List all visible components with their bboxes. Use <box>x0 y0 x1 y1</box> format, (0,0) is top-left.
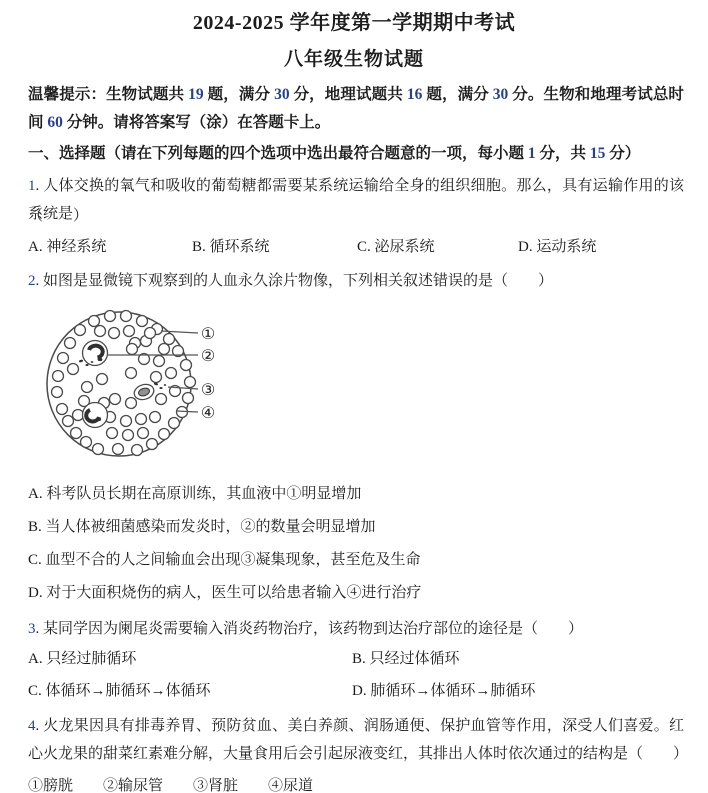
option-2a: A. 科考队员长期在高原训练，其血液中①明显增加 <box>28 484 688 517</box>
figure-label-1: ① <box>201 326 215 343</box>
page-subtitle: 八年级生物试题 <box>0 44 708 71</box>
figure-label-4: ④ <box>201 405 215 422</box>
page-title: 2024-2025 学年度第一学期期中考试 <box>0 6 708 35</box>
question-4-subitems: ①膀胱 ②输尿管 ③肾脏 ④尿道 <box>28 774 688 793</box>
question-1-stem: 1. 人体交换的氧气和吸收的葡萄糖都需要某系统运输给全身的组织细胞。那么，具有运… <box>28 172 684 228</box>
blood-smear-figure: ① ② ③ ④ <box>40 303 272 471</box>
exam-notice: 温馨提示：生物试题共 19 题，满分 30 分，地理试题共 16 题，满分 30… <box>28 81 684 137</box>
figure-label-3: ③ <box>201 382 215 399</box>
white-blood-cell-2 <box>83 403 108 428</box>
nucleated-cell <box>132 382 156 402</box>
microscope-field-illustration: ① ② ③ ④ <box>40 303 272 471</box>
question-2-options: A. 科考队员长期在高原训练，其血液中①明显增加 B. 当人体被细菌感染而发炎时… <box>28 484 688 616</box>
option-1b: B. 循环系统 <box>192 235 270 256</box>
question-2-stem: 2. 如图是显微镜下观察到的人血永久涂片物像，下列相关叙述错误的是（ ） <box>28 267 684 295</box>
figure-label-2: ② <box>201 348 215 365</box>
question-4-stem: 4. 火龙果因具有排毒养胃、预防贫血、美白养颜、润肠通便、保护血管等作用，深受人… <box>28 712 684 768</box>
option-1a: A. 神经系统 <box>28 235 106 256</box>
option-3a: A. 只经过肺循环 <box>28 647 136 668</box>
option-2b: B. 当人体被细菌感染而发炎时，②的数量会明显增加 <box>28 517 688 550</box>
section-heading: 一、选择题（请在下列每题的四个选项中选出最符合题意的一项，每小题 1 分，共 1… <box>28 141 684 163</box>
white-blood-cell-1 <box>83 341 108 366</box>
question-1-answer-bracket: （ ） <box>28 204 88 225</box>
option-3d: D. 肺循环→体循环→肺循环 <box>352 679 535 700</box>
option-2d: D. 对于大面积烧伤的病人，医生可以给患者输入④进行治疗 <box>28 583 688 616</box>
question-3-options-row-2: C. 体循环→肺循环→体循环 D. 肺循环→体循环→肺循环 <box>28 679 688 701</box>
question-3-options-row-1: A. 只经过肺循环 B. 只经过体循环 <box>28 647 688 669</box>
option-3c: C. 体循环→肺循环→体循环 <box>28 679 211 700</box>
option-3b: B. 只经过体循环 <box>352 647 460 668</box>
question-3-stem: 3. 某同学因为阑尾炎需要输入消炎药物治疗，该药物到达治疗部位的途径是（ ） <box>28 615 684 643</box>
option-2c: C. 血型不合的人之间输血会出现③凝集现象，甚至危及生命 <box>28 550 688 583</box>
exam-page: { "page": { "title": "2024-2025 学年度第一学期期… <box>0 0 708 793</box>
option-1d: D. 运动系统 <box>518 235 596 256</box>
option-1c: C. 泌尿系统 <box>357 235 435 256</box>
question-1-options: A. 神经系统 B. 循环系统 C. 泌尿系统 D. 运动系统 <box>28 235 688 257</box>
